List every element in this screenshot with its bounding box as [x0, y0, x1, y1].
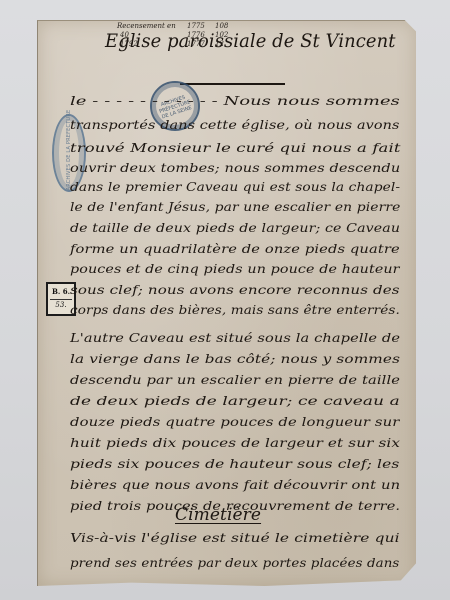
body-line: huit pieds dix pouces de largeur et sur …: [70, 435, 400, 450]
body-line: ouvrir deux tombes; nous sommes descendu: [70, 160, 400, 175]
census-value: 108: [215, 22, 228, 30]
body-line: pouces et de cinq pieds un pouce de haut…: [70, 261, 400, 276]
body-line: trouvé Monsieur le curé qui nous a fait: [70, 140, 401, 155]
census-year: 1775: [187, 22, 205, 30]
body-line: L'autre Caveau est situé sous la chapell…: [70, 330, 400, 345]
body-line: sous clef; nous avons encore reconnus de…: [70, 282, 400, 297]
body-line: le de l'enfant Jésus, par une escalier e…: [70, 199, 400, 214]
body-line: bières que nous avons fait découvrir ont…: [70, 477, 400, 492]
body-line: descendu par un escalier en pierre de ta…: [70, 372, 400, 387]
document-title: Eglise paroissiale de St Vincent: [105, 30, 395, 52]
census-label: Recensement en: [117, 22, 176, 30]
body-line: la vierge dans le bas côté; nous y somme…: [70, 351, 400, 366]
body-line: corps dans des bières, mais sans être en…: [70, 302, 400, 317]
body-line: le - - - - - - - - - - - Nous nous somme…: [70, 93, 400, 108]
section-line: Vis-à-vis l'église est situé le cimetièr…: [70, 530, 400, 545]
section-line: prend ses entrées par deux portes placée…: [70, 555, 399, 570]
body-line: douze pieds quatre pouces de longueur su…: [70, 414, 399, 429]
census-note-1: Recensement en 1775 108: [117, 22, 176, 30]
body-line: de deux pieds de largeur; ce caveau a: [70, 393, 400, 408]
body-line: forme un quadrilatère de onze pieds quat…: [70, 241, 400, 256]
body-line: pieds six pouces de hauteur sous clef; l…: [70, 456, 399, 471]
title-underline: [180, 83, 285, 85]
label-divider: [50, 299, 72, 300]
body-line: dans le premier Caveau qui est sous la c…: [70, 179, 400, 194]
body-line: de taille de deux pieds de largeur; ce C…: [70, 220, 400, 235]
section-heading: Cimetière: [175, 505, 261, 525]
body-line: transportés dans cette église, où nous a…: [70, 117, 400, 132]
